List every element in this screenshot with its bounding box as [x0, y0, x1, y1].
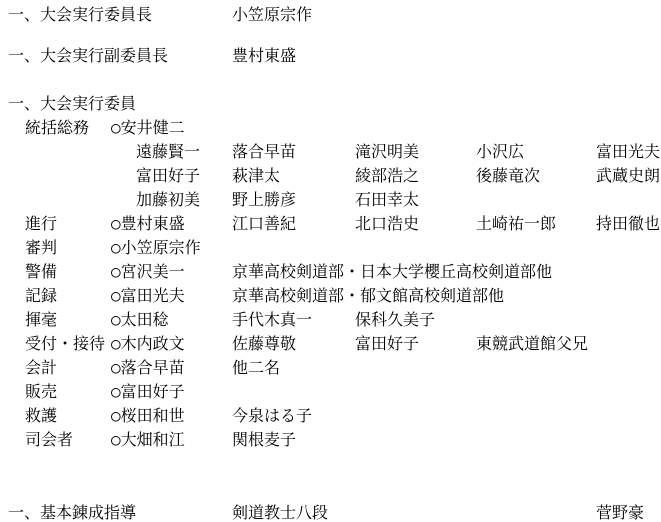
role-label: 揮毫 [25, 312, 57, 328]
organization-note: 東競武道館父兄 [476, 336, 588, 352]
organization-note: 京華高校剣道部・郁文館高校剣道部他 [232, 288, 504, 304]
role-label: 受付・接待 [25, 336, 105, 352]
section-heading-chairman: 一、大会実行委員長 [8, 7, 152, 23]
member-name: 富田光夫 [596, 144, 660, 160]
role-label: 審判 [25, 240, 57, 256]
member-name: 江口善紀 [232, 216, 296, 232]
committee-row: 進行 ○豊村東盛 江口善紀 北口浩史 土崎祐一郎 持田徹也 [0, 216, 661, 233]
member-name: 関根麦子 [232, 432, 296, 448]
vice-chairman-row: 一、大会実行副委員長 豊村東盛 [0, 48, 661, 65]
member-name: 加藤初美 [136, 192, 200, 208]
member-count-note: 他二名 [232, 360, 280, 376]
role-label: 警備 [25, 264, 57, 280]
role-label: 司会者 [25, 432, 73, 448]
member-name: 石田幸太 [355, 192, 419, 208]
member-name: 富田好子 [355, 336, 419, 352]
committee-row: 販売 ○富田好子 [0, 384, 661, 401]
member-name: 武蔵史朗 [596, 168, 660, 184]
chief-member-name: ○豊村東盛 [111, 216, 185, 232]
rank-label: 剣道教士八段 [232, 505, 328, 521]
chief-member-name: ○富田光夫 [111, 288, 185, 304]
member-name: 落合早苗 [232, 144, 296, 160]
committee-row: 会計 ○落合早苗 他二名 [0, 360, 661, 377]
role-label: 救護 [25, 408, 57, 424]
member-name: 佐藤尊敬 [232, 336, 296, 352]
role-label: 統括総務 [25, 120, 89, 136]
section-heading-vice-chairman: 一、大会実行副委員長 [8, 48, 168, 64]
section-heading-instruction: 一、基本錬成指導 [8, 505, 136, 521]
chief-member-name: ○木内政文 [111, 336, 185, 352]
chief-member-name: ○桜田和世 [111, 408, 185, 424]
document-page: 一、大会実行委員長 小笠原宗作 一、大会実行副委員長 豊村東盛 一、大会実行委員… [0, 0, 661, 522]
committee-heading-row: 一、大会実行委員 [0, 96, 661, 113]
member-name: 小沢広 [476, 144, 524, 160]
role-label: 進行 [25, 216, 57, 232]
member-name: 遠藤賢一 [136, 144, 200, 160]
chief-member-name: ○小笠原宗作 [111, 240, 201, 256]
chairman-row: 一、大会実行委員長 小笠原宗作 [0, 7, 661, 24]
committee-row: 加藤初美 野上勝彦 石田幸太 [0, 192, 661, 209]
chairman-name: 小笠原宗作 [232, 7, 312, 23]
member-name: 今泉はる子 [232, 408, 312, 424]
member-name: 北口浩史 [355, 216, 419, 232]
member-name: 綾部浩之 [355, 168, 419, 184]
committee-row: 審判 ○小笠原宗作 [0, 240, 661, 257]
chief-member-name: ○大畑和江 [111, 432, 185, 448]
chief-member-name: ○落合早苗 [111, 360, 185, 376]
chief-member-name: ○太田稔 [111, 312, 169, 328]
chief-member-name: ○安井健二 [111, 120, 185, 136]
role-label: 会計 [25, 360, 57, 376]
role-label: 記録 [25, 288, 57, 304]
member-name: 萩津太 [232, 168, 280, 184]
member-name: 保科久美子 [355, 312, 435, 328]
chief-member-name: ○富田好子 [111, 384, 185, 400]
member-name: 手代木真一 [232, 312, 312, 328]
instruction-row: 一、基本錬成指導 剣道教士八段 菅野豪 [0, 505, 661, 522]
committee-row: 司会者 ○大畑和江 関根麦子 [0, 432, 661, 449]
committee-row: 遠藤賢一 落合早苗 滝沢明美 小沢広 富田光夫 [0, 144, 661, 161]
committee-row: 救護 ○桜田和世 今泉はる子 [0, 408, 661, 425]
committee-row: 警備 ○宮沢美一 京華高校剣道部・日本大学櫻丘高校剣道部他 [0, 264, 661, 281]
member-name: 滝沢明美 [355, 144, 419, 160]
committee-row: 揮毫 ○太田稔 手代木真一 保科久美子 [0, 312, 661, 329]
member-name: 野上勝彦 [232, 192, 296, 208]
member-name: 富田好子 [136, 168, 200, 184]
committee-row: 富田好子 萩津太 綾部浩之 後藤竜次 武蔵史朗 [0, 168, 661, 185]
member-name: 土崎祐一郎 [476, 216, 556, 232]
member-name: 後藤竜次 [476, 168, 540, 184]
organization-note: 京華高校剣道部・日本大学櫻丘高校剣道部他 [232, 264, 552, 280]
member-name: 持田徹也 [596, 216, 660, 232]
committee-row: 統括総務 ○安井健二 [0, 120, 661, 137]
role-label: 販売 [25, 384, 57, 400]
chief-member-name: ○宮沢美一 [111, 264, 185, 280]
instructor-name: 菅野豪 [596, 505, 644, 521]
committee-row: 受付・接待 ○木内政文 佐藤尊敬 富田好子 東競武道館父兄 [0, 336, 661, 353]
section-heading-committee: 一、大会実行委員 [8, 96, 136, 112]
vice-chairman-name: 豊村東盛 [232, 48, 296, 64]
committee-row: 記録 ○富田光夫 京華高校剣道部・郁文館高校剣道部他 [0, 288, 661, 305]
